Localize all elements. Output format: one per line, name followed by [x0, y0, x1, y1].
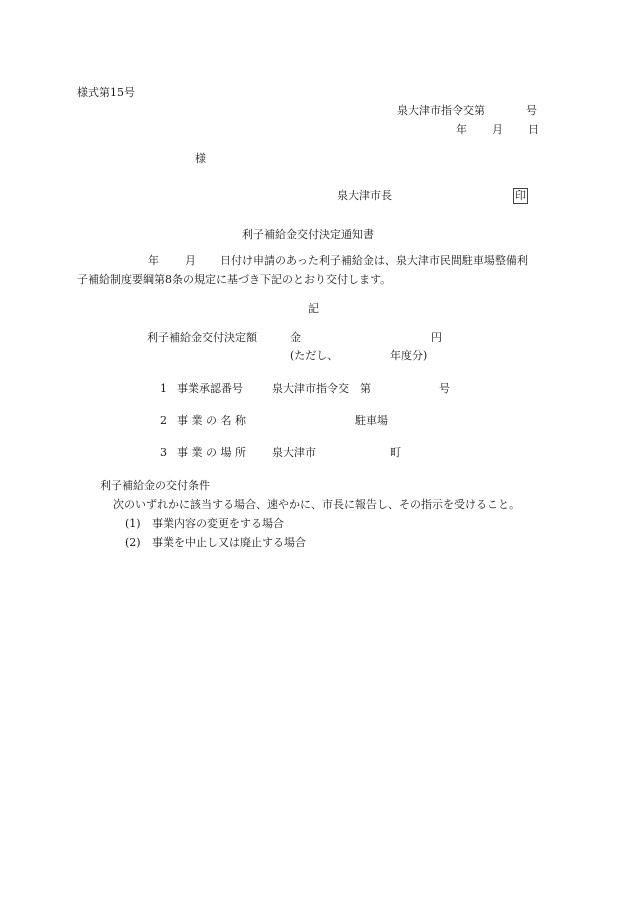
item-1-value-suffix: 号	[439, 382, 450, 395]
conditions-intro: 次のいずれかに該当する場合、速やかに、市長に報告し、その指示を受けること。	[113, 498, 520, 511]
sender-name: 泉大津市長	[337, 189, 392, 202]
amount-label: 利子補給金交付決定額	[147, 331, 257, 344]
item-3-value-suffix: 町	[390, 446, 401, 459]
item-1-number: 1	[160, 382, 167, 395]
item-2-label: 事 業 の 名 称	[177, 414, 246, 427]
issuer-ref-suffix: 号	[526, 104, 537, 117]
item-2-number: 2	[160, 414, 167, 427]
date-day: 日	[528, 123, 539, 136]
condition-1-marker: (1)	[125, 517, 141, 530]
body-line-2: 子補給制度要綱第8条の規定に基づき下記のとおり交付します。	[77, 273, 391, 286]
item-1-value-prefix: 泉大津市指令交 第	[272, 382, 371, 395]
amount-note-close: 年度分)	[390, 349, 427, 362]
seal-mark-icon: 印	[513, 188, 528, 204]
ki-heading: 記	[308, 302, 319, 315]
item-3-value-prefix: 泉大津市	[272, 446, 316, 459]
amount-note-open: (ただし、	[290, 349, 338, 362]
form-number: 様式第15号	[77, 86, 135, 99]
item-2-value-suffix: 駐車場	[355, 414, 388, 427]
amount-prefix: 金	[290, 331, 301, 344]
item-3-number: 3	[160, 446, 167, 459]
amount-unit: 円	[431, 331, 442, 344]
date-month: 月	[492, 123, 503, 136]
item-3-label: 事 業 の 場 所	[177, 446, 246, 459]
document-title: 利子補給金交付決定通知書	[242, 228, 374, 241]
condition-1-text: 事業内容の変更をする場合	[152, 517, 284, 530]
condition-2-text: 事業を中止し又は廃止する場合	[152, 536, 306, 549]
addressee-honorific: 様	[195, 152, 206, 165]
item-1-label: 事業承認番号	[177, 382, 243, 395]
condition-2-marker: (2)	[125, 536, 141, 549]
conditions-heading: 利子補給金の交付条件	[100, 479, 210, 492]
body-year: 年	[148, 254, 159, 267]
date-year: 年	[456, 123, 467, 136]
issuer-ref-prefix: 泉大津市指令交第	[397, 104, 485, 117]
body-line-1: 日付け申請のあった利子補給金は、泉大津市民間駐車場整備利	[220, 254, 528, 267]
body-month: 月	[185, 254, 196, 267]
